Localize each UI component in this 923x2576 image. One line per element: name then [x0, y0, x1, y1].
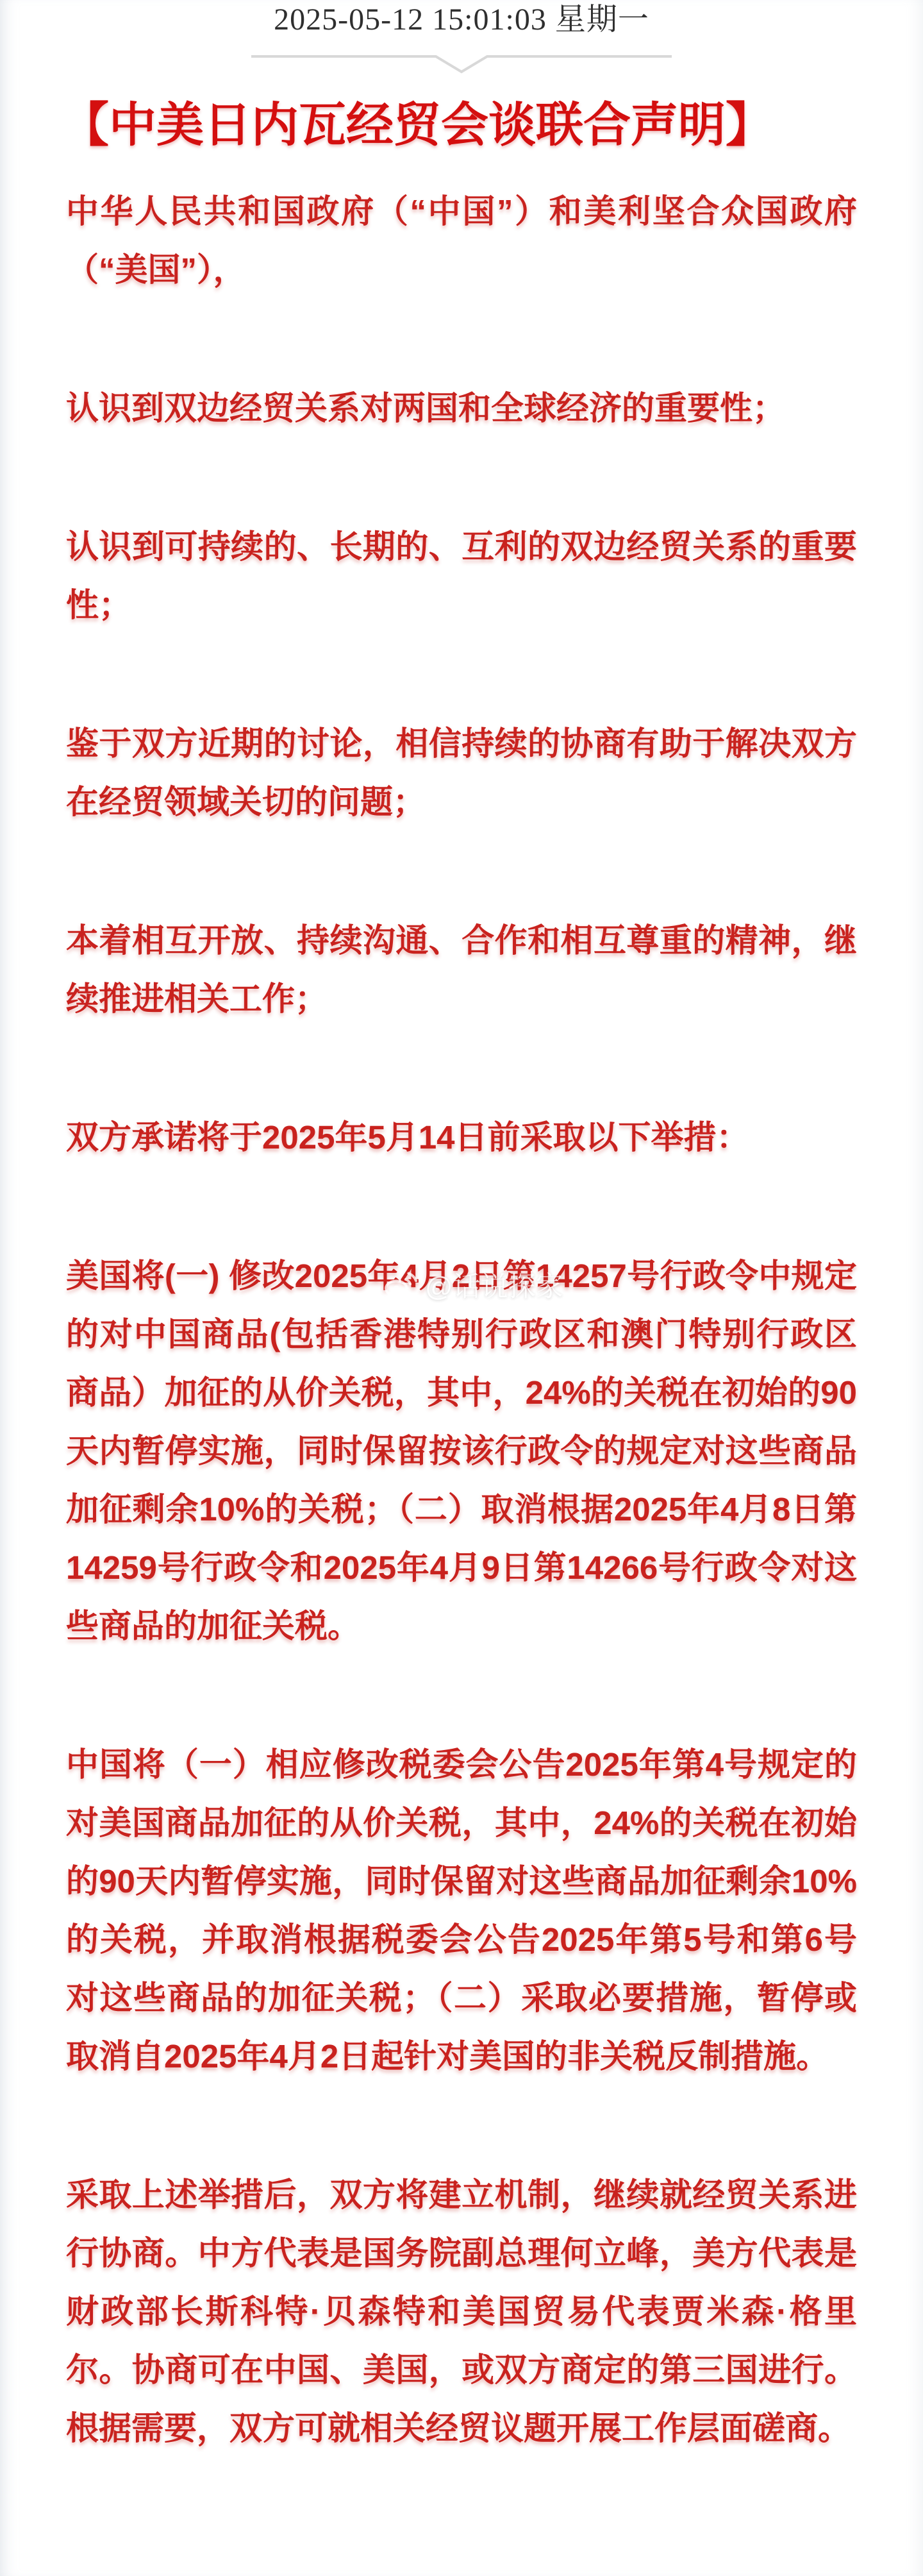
paragraph-spirit: 本着相互开放、持续沟通、合作和相互尊重的精神，继续推进相关工作； [66, 911, 857, 1028]
page-title: 【中美日内瓦经贸会谈联合声明】 [0, 95, 923, 156]
article-body: 中华人民共和国政府（“中国”）和美利坚合众国政府（“美国”）， 认识到双边经贸关… [0, 182, 923, 2457]
paragraph-sustainable: 认识到可持续的、长期的、互利的双边经贸关系的重要性； [66, 518, 857, 634]
paragraph-mechanism: 采取上述举措后，双方将建立机制，继续就经贸关系进行协商。中方代表是国务院副总理何… [66, 2166, 857, 2457]
paragraph-importance: 认识到双边经贸关系对两国和全球经济的重要性； [66, 379, 857, 437]
divider-chevron [251, 54, 672, 74]
paragraph-discussions: 鉴于双方近期的讨论，相信持续的协商有助于解决双方在经贸领域关切的问题； [66, 714, 857, 831]
paragraph-us-measures: 美国将(一) 修改2025年4月2日第14257号行政令中规定的对中国商品(包括… [66, 1247, 857, 1655]
paragraph-parties: 中华人民共和国政府（“中国”）和美利坚合众国政府（“美国”）， [66, 182, 857, 299]
weibo-long-image-post: 2025-05-12 15:01:03 星期一 【中美日内瓦经贸会谈联合声明】 … [0, 0, 923, 2576]
paragraph-china-measures: 中国将（一）相应修改税委会公告2025年第4号规定的对美国商品加征的从价关税，其… [66, 1735, 857, 2085]
paragraph-commitment: 双方承诺将于2025年5月14日前采取以下举措： [66, 1108, 857, 1166]
post-date: 2025-05-12 15:01:03 星期一 [0, 0, 923, 40]
